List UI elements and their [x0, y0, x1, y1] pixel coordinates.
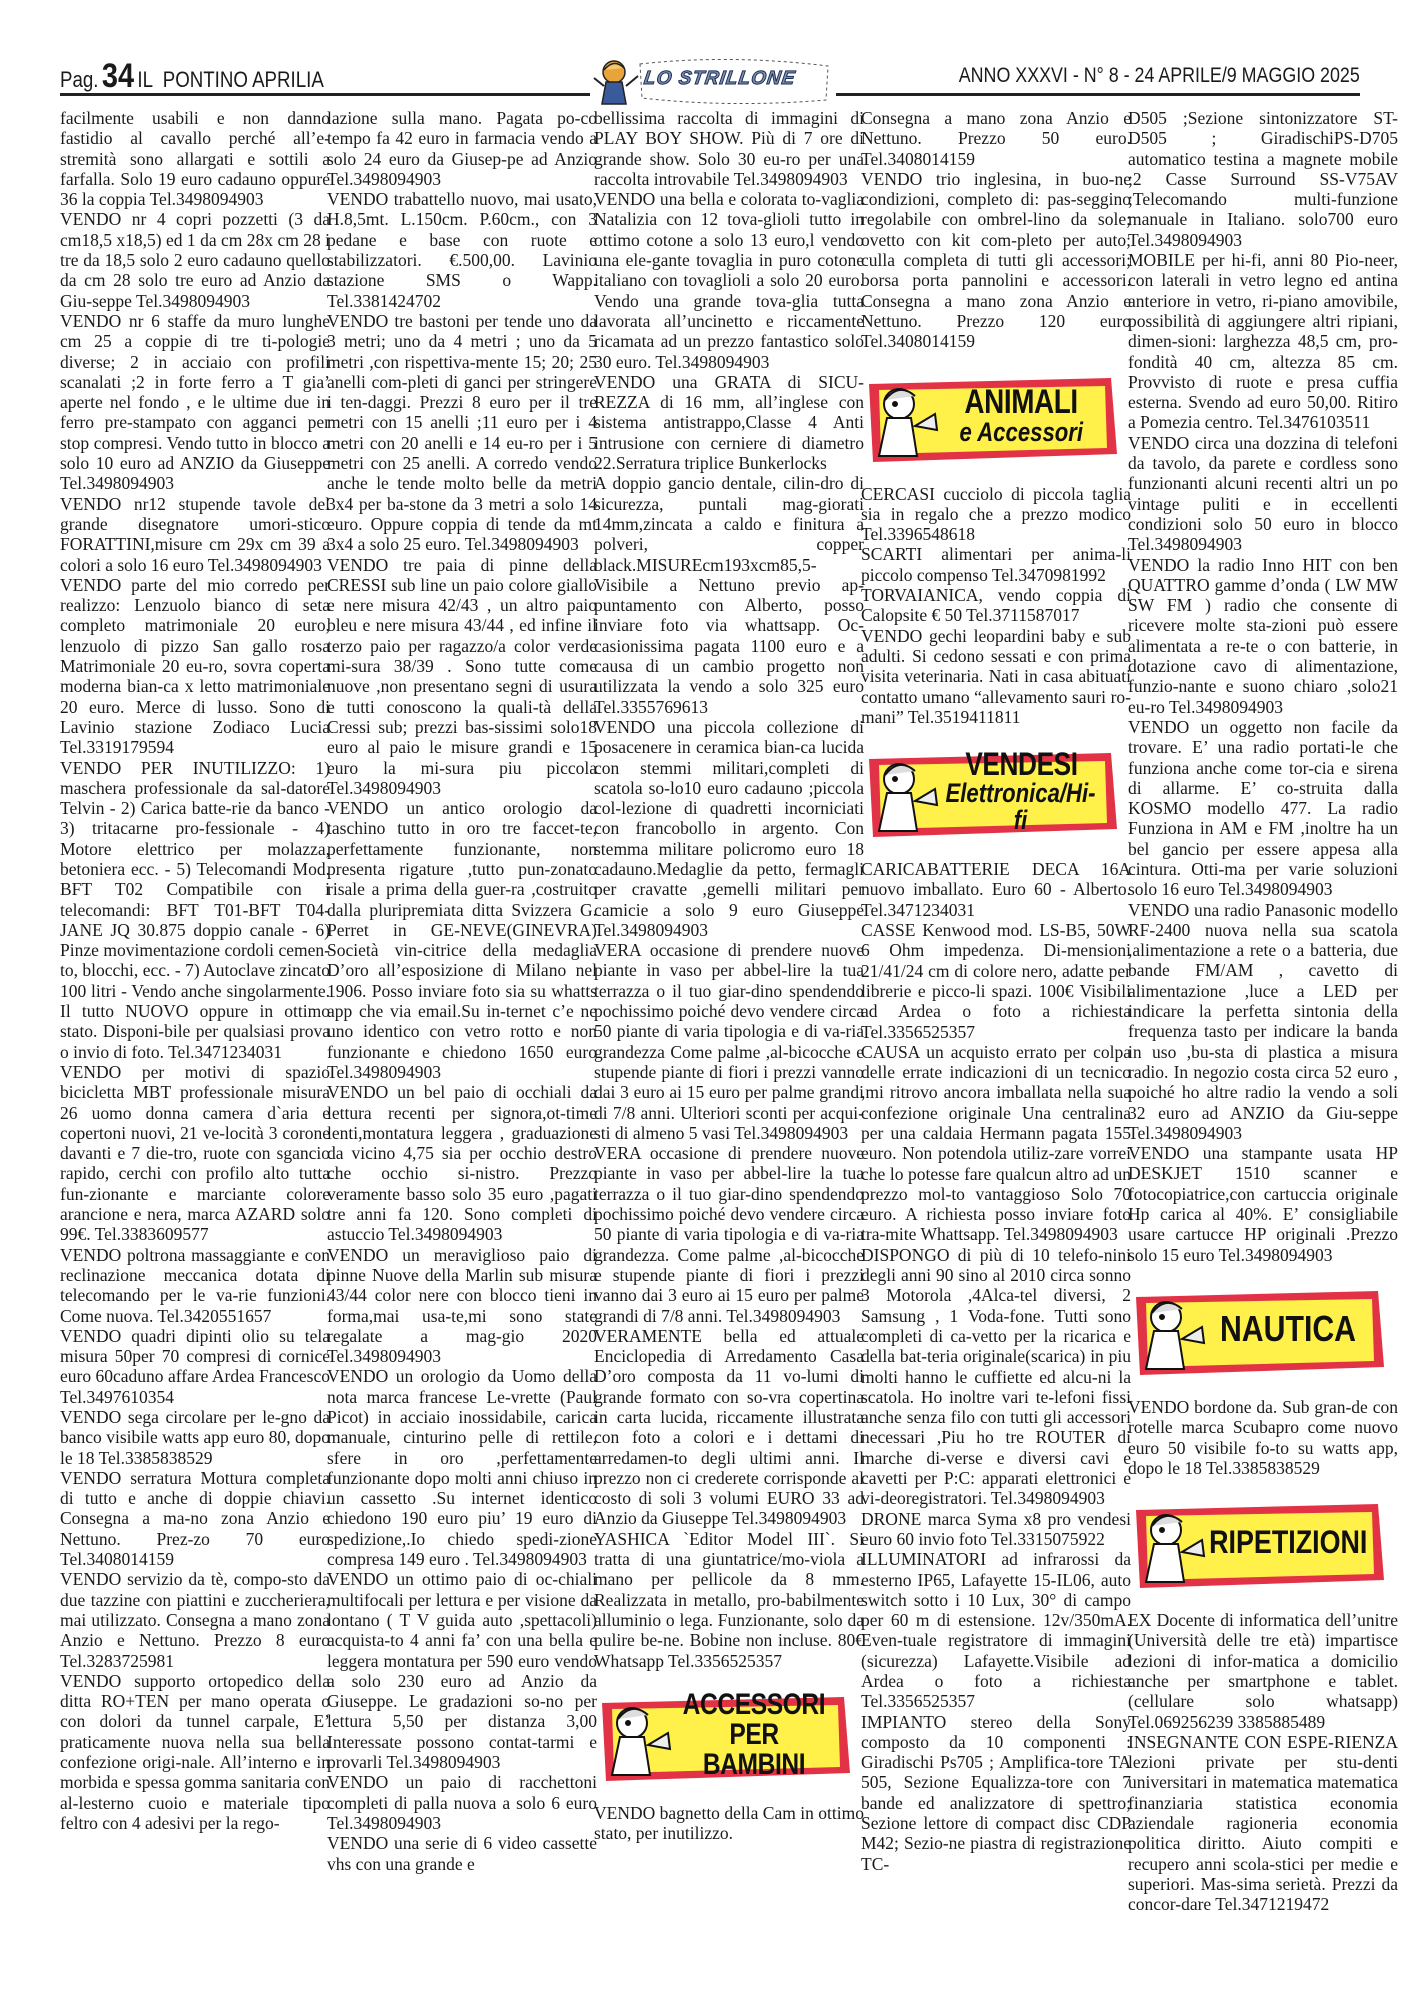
- page-header-left: Pag.34IL PONTINO APRILIA: [60, 60, 324, 96]
- page-label: Pag.: [60, 67, 98, 92]
- classified-ad: VENDO nr 6 staffe da muro lunghe cm 25 a…: [60, 311, 330, 494]
- classified-ad: VENDO trabattello nuovo, mai usato, H.8,…: [327, 189, 597, 311]
- classified-ad: bellissima raccolta di immagini di PLAY …: [594, 108, 864, 189]
- classified-ad: VENDO un antico orologio da taschino tut…: [327, 798, 597, 1082]
- classified-ad: VENDO tre bastoni per tende uno da 3 met…: [327, 311, 597, 555]
- header-rule-right: [836, 93, 1360, 96]
- classified-ad: VENDO una stampante usata HP DESKJET 151…: [1128, 1143, 1398, 1265]
- classified-ad: A doppio gancio dentale, cilin-dro di si…: [594, 473, 864, 717]
- classified-ad: VENDO per motivi di spazio bicicletta MB…: [60, 1062, 330, 1245]
- banner-title: ANIMALI e Accessori: [931, 374, 1111, 458]
- classified-ad: VENDO poltrona massaggiante e con reclin…: [60, 1245, 330, 1326]
- column-1: facilmente usabili e non danno fastidio …: [60, 108, 330, 1833]
- classified-ad: VENDO PER INUTILIZZO: 1) maschera profes…: [60, 758, 330, 1062]
- section-banner-elettronica: VENDESI Elettronica/Hi-fi: [861, 749, 1123, 841]
- column-5: D505 ;Sezione sintonizzatore ST-D505 ; G…: [1128, 108, 1398, 1915]
- classified-ad: CASSE Kenwood mod. LS-B5, 50W 6 Ohm impe…: [861, 920, 1131, 1042]
- classified-ad: VENDO trio inglesina, in buo-ne condizio…: [861, 169, 1131, 352]
- classified-ad: CARICABATTERIE DECA 16A nuovo imballato.…: [861, 859, 1131, 920]
- section-banner-nautica: NAUTICA: [1128, 1287, 1390, 1379]
- classified-ad: VENDO sega circolare per le-gno da banco…: [60, 1407, 330, 1468]
- classified-ad: VENDO un orologio da Uomo della nota mar…: [327, 1366, 597, 1569]
- classified-ad: CAUSA un acquisto errato per colpa delle…: [861, 1042, 1131, 1245]
- classified-ad: VENDO un oggetto non facile da trovare. …: [1128, 717, 1398, 900]
- section-banner-animali: ANIMALI e Accessori: [861, 374, 1123, 466]
- section-banner-ripetizioni: RIPETIZIONI: [1128, 1500, 1390, 1592]
- classified-ad: VENDO tre paia di pinne della CRESSI sub…: [327, 555, 597, 799]
- classified-ad: VENDO un bel paio di occhiali da lettura…: [327, 1082, 597, 1244]
- classified-ad: VENDO bordone da. Sub gran-de con rotell…: [1128, 1397, 1398, 1478]
- classified-ad: ILLUMINATORI ad infrarossi da esterno IP…: [861, 1549, 1131, 1711]
- classified-ad: VENDO quadri dipinti olio su tela misura…: [60, 1326, 330, 1407]
- classified-ad: VENDO supporto ortopedico della ditta RO…: [60, 1671, 330, 1833]
- classified-ad: VENDO la radio Inno HIT con ben QUATTRO …: [1128, 555, 1398, 717]
- banner-title: VENDESI Elettronica/Hi-fi: [931, 749, 1111, 833]
- classified-ad: MOBILE per hi-fi, anni 80 Pio-neer, con …: [1128, 250, 1398, 433]
- classified-ad: VENDO bagnetto della Cam in ottimo stato…: [594, 1803, 864, 1844]
- classified-ad: DRONE marca Syma x8 pro vendesi euro 60 …: [861, 1509, 1131, 1550]
- classified-ad: VENDO nr 4 copri pozzetti (3 da cm18,5 x…: [60, 209, 330, 310]
- classified-ad: lazione sulla mano. Pagata po-co tempo f…: [327, 108, 597, 189]
- classified-ad: VENDO un meraviglioso paio di pinne Nuov…: [327, 1245, 597, 1367]
- banner-title: RIPETIZIONI: [1198, 1500, 1378, 1584]
- column-3: bellissima raccolta di immagini di PLAY …: [594, 108, 864, 1843]
- classified-ad: VENDO una serie di 6 video cassette vhs …: [327, 1833, 597, 1874]
- classified-ad: INSEGNANTE CON ESPE-RIENZA lezioni priva…: [1128, 1732, 1398, 1915]
- classified-ad: VENDO nr12 stupende tavole del grande di…: [60, 494, 330, 575]
- publication-name: IL PONTINO APRILIA: [137, 67, 323, 92]
- header-rule-left: [60, 93, 590, 96]
- classified-ad: DISPONGO di più di 10 telefo-nini degli …: [861, 1245, 1131, 1509]
- column-2: lazione sulla mano. Pagata po-co tempo f…: [327, 108, 597, 1874]
- classified-ad: VENDO circa una dozzina di telefoni da t…: [1128, 433, 1398, 555]
- banner-title: NAUTICA: [1198, 1287, 1378, 1371]
- classified-ad: EX Docente di informatica dell’unitre (U…: [1128, 1610, 1398, 1732]
- column-4: Consegna a mano zona Anzio e Nettuno. Pr…: [861, 108, 1131, 1874]
- classified-ad: SCARTI alimentari per anima-li piccolo c…: [861, 544, 1131, 585]
- classified-ad: VENDO un ottimo paio di oc-chiali multif…: [327, 1569, 597, 1772]
- classified-ad: facilmente usabili e non danno fastidio …: [60, 108, 330, 209]
- banner-title: ACCESSORI PER BAMBINI: [664, 1693, 844, 1777]
- classified-ad: VERA occasione di prendere nuove piante …: [594, 940, 864, 1143]
- page-number: 34: [102, 57, 134, 95]
- issue-info: ANNO XXXVI - N° 8 - 24 APRILE/9 MAGGIO 2…: [959, 60, 1360, 92]
- classified-ad: VENDO una bella e colorata to-vaglia Nat…: [594, 189, 864, 372]
- classified-ad: VERAMENTE bella ed attuale Enciclopedia …: [594, 1326, 864, 1529]
- classified-ad: VENDO una GRATA di SICU-REZZA di 16 mm, …: [594, 372, 864, 473]
- strillone-logo: LO STRILLONE: [590, 56, 836, 106]
- classified-ad: VENDO una radio Panasonic modello RF-240…: [1128, 900, 1398, 1144]
- classified-ad: Consegna a mano zona Anzio e Nettuno. Pr…: [861, 108, 1131, 169]
- classified-ad: VERA occasione di prendere nuove piante …: [594, 1143, 864, 1326]
- classified-ad: CERCASI cucciolo di piccola taglia sia i…: [861, 484, 1131, 545]
- classified-ad: YASHICA `Editor Model III`. Si tratta di…: [594, 1529, 864, 1671]
- classified-ad: VENDO gechi leopardini baby e sub adulti…: [861, 626, 1131, 727]
- logo-text: LO STRILLONE: [642, 68, 796, 90]
- section-banner-accessori-bambini: ACCESSORI PER BAMBINI: [594, 1693, 856, 1785]
- classified-ad: VENDO un paio di racchettoni completi di…: [327, 1772, 597, 1833]
- classified-ad: VENDO una piccola collezione di posacene…: [594, 717, 864, 940]
- classified-ad: IMPIANTO stereo della Sony composto da 1…: [861, 1712, 1131, 1874]
- classified-ad: TORVAIANICA, vendo coppia di Calopsite €…: [861, 585, 1131, 626]
- classified-ad: VENDO serratura Mottura completa di tutt…: [60, 1468, 330, 1569]
- classified-ad: VENDO parte del mio corredo per realizzo…: [60, 575, 330, 758]
- classified-ad: VENDO servizio da tè, compo-sto da due t…: [60, 1569, 330, 1670]
- classified-ad: D505 ;Sezione sintonizzatore ST-D505 ; G…: [1128, 108, 1398, 250]
